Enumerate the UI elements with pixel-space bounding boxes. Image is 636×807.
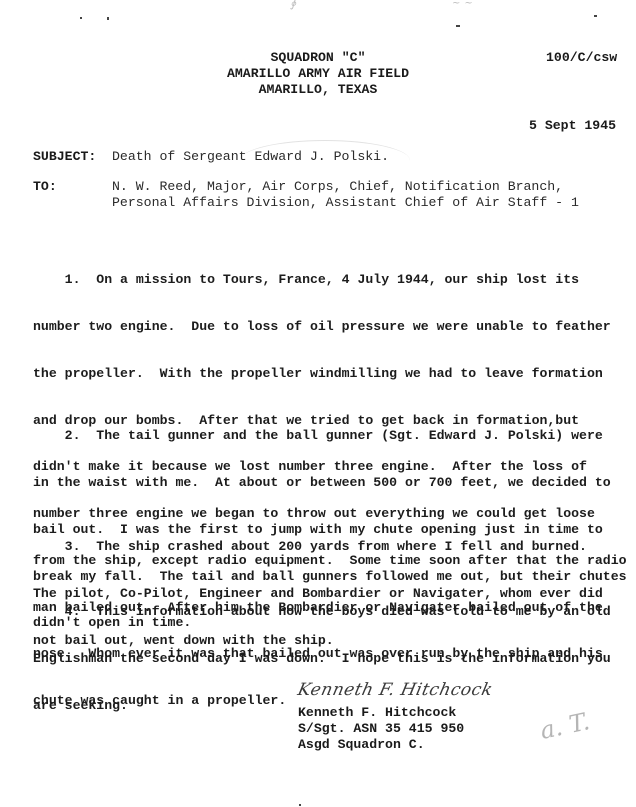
paragraph-line: 3. The ship crashed about 200 yards from…: [33, 539, 603, 555]
paragraph-line: the propeller. With the propeller windmi…: [33, 366, 627, 382]
signer-rank-asn: S/Sgt. ASN 35 415 950: [298, 721, 464, 737]
ink-dot: [80, 17, 82, 19]
subject-label: SUBJECT:: [33, 149, 96, 165]
paragraph-line: 2. The tail gunner and the ball gunner (…: [33, 428, 627, 444]
letterhead-airfield: AMARILLO ARMY AIR FIELD: [0, 66, 636, 82]
handwritten-signature: Kenneth F. Hitchcock: [296, 680, 495, 700]
paragraph-line: Englishman the second day I was down. I …: [33, 651, 611, 667]
paragraph-line: number two engine. Due to loss of oil pr…: [33, 319, 627, 335]
paragraph-line: 1. On a mission to Tours, France, 4 July…: [33, 272, 627, 288]
stamp-remnant: ~ ~: [452, 0, 473, 9]
ink-dot: [456, 25, 460, 27]
ink-dot: [107, 17, 109, 20]
to-line-1: N. W. Reed, Major, Air Corps, Chief, Not…: [112, 179, 563, 195]
paragraph-line: 4. This information about how the boys d…: [33, 604, 611, 620]
subject-text: Death of Sergeant Edward J. Polski.: [112, 149, 389, 165]
letterhead-city: AMARILLO, TEXAS: [0, 82, 636, 98]
paragraph-line: in the waist with me. At about or betwee…: [33, 475, 627, 491]
signer-assignment: Asgd Squadron C.: [298, 737, 425, 753]
reference-code: 100/C/csw: [546, 50, 617, 66]
to-label: TO:: [33, 179, 57, 195]
stamp-remnant: ∮: [290, 0, 296, 10]
ink-dot: [594, 15, 597, 17]
signer-name: Kenneth F. Hitchcock: [298, 705, 456, 721]
letterhead-squadron: SQUADRON "C": [0, 50, 636, 66]
letter-date: 5 Sept 1945: [529, 118, 616, 134]
ink-dot: [299, 804, 301, 806]
to-line-2: Personal Affairs Division, Assistant Chi…: [112, 195, 579, 211]
